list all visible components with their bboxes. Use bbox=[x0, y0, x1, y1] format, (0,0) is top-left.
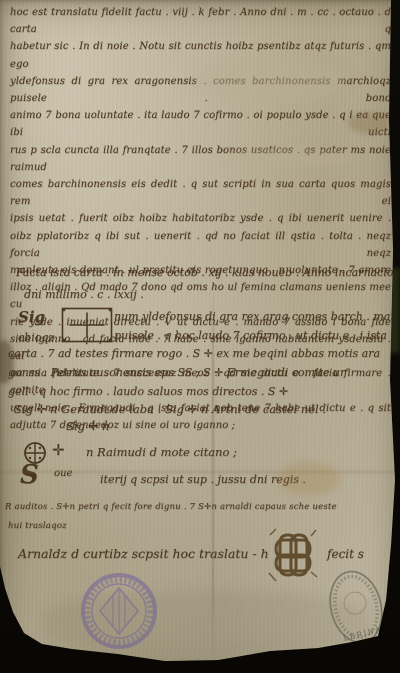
manuscript-photo: hoc est translatu fidelit factu . viij .… bbox=[0, 0, 400, 673]
parchment-sheet: hoc est translatu fidelit factu . viij .… bbox=[0, 0, 400, 673]
witness-row: Sig ✛ n bbox=[66, 419, 109, 433]
annotation-row: R auditos . S✛n petri q fecit fore dignu… bbox=[5, 502, 337, 512]
charter-line: habetur sic . In di noie . Notu sit cunc… bbox=[10, 38, 391, 72]
royal-signum-sig: Sig bbox=[18, 308, 45, 326]
archive-stamp-lerida: LERIDA bbox=[322, 563, 390, 651]
charter-line: oibz pplatoribz q ibi sut . uenerit . qd… bbox=[10, 228, 391, 262]
charter-line: rus p scla cuncta illa franqtate . 7 ill… bbox=[10, 142, 391, 176]
royal-signum-puisele-line: puisele . q hoc laudo 7 cofirmo . ut dic… bbox=[114, 329, 387, 342]
archive-stamp-purple bbox=[79, 570, 159, 652]
raimundi-signature: n Raimudi d mote citano ; bbox=[86, 445, 237, 459]
royal-signum-box-cross-icon bbox=[60, 306, 114, 344]
notary-closing-line: Arnaldz d curtibz scpsit hoc traslatu - … bbox=[18, 546, 269, 561]
stamp-text: LERIDA bbox=[342, 625, 383, 643]
charter-line: comes barchinonensis eis dedit . q sut s… bbox=[10, 176, 391, 210]
charter-line: yldefonsus di gra rex aragonensis . come… bbox=[10, 73, 391, 107]
scribe-subscription: iterij q scpsi ut sup . jussu dni regis … bbox=[100, 473, 306, 486]
royal-signum-chioqz: chioqz . bbox=[18, 331, 61, 344]
witness-row: gell . q hoc firmo . laudo saluos mos di… bbox=[8, 385, 288, 398]
notarial-knot-icon bbox=[266, 525, 320, 585]
charter-line: animo 7 bona uoluntate . ita laudo 7 cof… bbox=[10, 107, 391, 141]
royal-signum-num-line: num yldefonsus di gra rex arag comes bar… bbox=[114, 310, 396, 323]
scribe-initial: S bbox=[20, 460, 39, 490]
charter-line: hoc est translatu fidelit factu . viij .… bbox=[10, 4, 391, 38]
annotation-row: hui traslaqoz bbox=[8, 521, 67, 531]
dating-clause-line: Facta ista carta . in mense octob . xij … bbox=[16, 266, 400, 279]
witness-row: gonss . Petrus ausonensis eps SS ; S ✛ E… bbox=[8, 366, 345, 379]
dotted-cross-icon: ✛ bbox=[52, 441, 65, 459]
notary-fecit: fecit s bbox=[327, 547, 364, 561]
scribe-abbrev: oue bbox=[54, 468, 72, 479]
witness-row: carta . 7 ad testes firmare rogo . S ✛ e… bbox=[8, 347, 380, 360]
witness-row: Sig ✛ n Geraudi de iaba . Sig ✛ n Artni … bbox=[14, 402, 326, 416]
dating-clause-year: dni millimo . c . lxxij . bbox=[24, 288, 144, 301]
charter-line: ipsis uetat . fuerit oibz hoibz habitato… bbox=[10, 210, 391, 227]
